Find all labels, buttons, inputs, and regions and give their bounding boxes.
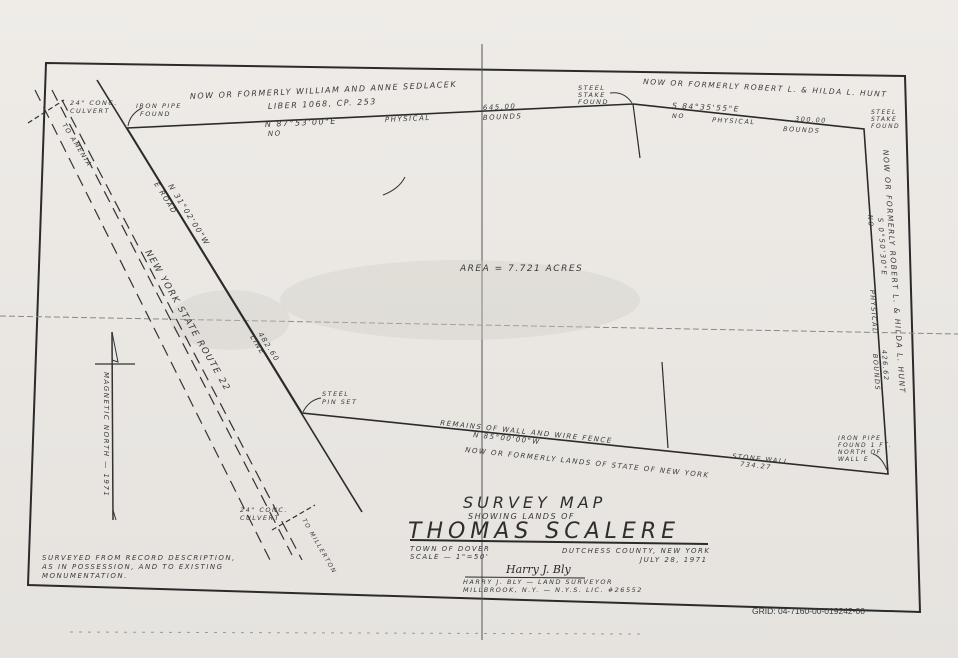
survey-map-drawing: NOW OR FORMERLY WILLIAM AND ANNE SEDLACE… <box>0 0 958 658</box>
county-label: DUTCHESS COUNTY, NEW YORK <box>562 547 711 555</box>
north-physical-label: PHYSICAL <box>385 114 431 124</box>
steel-stake-found-2-label: STEEL STAKE FOUND <box>871 109 901 130</box>
area-label: AREA = 7.721 ACRES <box>459 264 583 274</box>
north-bearing-label: N 87°53'00"E <box>265 117 337 129</box>
culvert-bottom-label: 24" CONC. CULVERT <box>240 506 292 522</box>
iron-pipe-found-label: IRON PIPE FOUND <box>136 102 185 118</box>
survey-map-title: SURVEY MAP <box>463 493 606 512</box>
owner-name: THOMAS SCALERE <box>408 519 680 544</box>
bottom-edge-marks <box>70 632 640 634</box>
surveyor-name: HARRY J. BLY — LAND SURVEYOR <box>463 578 613 586</box>
surveyor-license: MILLBROOK, N.Y. — N.Y.S. LIC. #26552 <box>463 586 643 594</box>
town-label: TOWN OF DOVER <box>410 545 490 553</box>
steel-stake-found-label: STEEL STAKE FOUND <box>578 84 609 106</box>
grid-number: GRID: 04-7160-00-019242-00 <box>752 606 865 616</box>
north-owner-label: NOW OR FORMERLY WILLIAM AND ANNE SEDLACE… <box>190 80 458 101</box>
stray-arc <box>383 177 405 195</box>
ne-bounds-label: BOUNDS <box>783 125 821 135</box>
scale-label: SCALE — 1"=50' <box>410 553 489 561</box>
east-no-label: NO <box>866 215 875 229</box>
magnetic-north-label: MAGNETIC NORTH — 1971 <box>102 372 110 497</box>
ne-divider-line <box>633 104 640 158</box>
ne-owner-label: NOW OR FORMERLY ROBERT L. & HILDA L. HUN… <box>643 77 888 99</box>
south-divider-line <box>662 362 668 448</box>
steel-pin-set-label: STEEL PIN SET <box>322 390 357 406</box>
north-no-label: NO <box>268 129 282 138</box>
to-millerton-label: TO MILLERTON <box>300 518 337 576</box>
north-bounds-label: BOUNDS <box>483 112 523 122</box>
survey-notes: SURVEYED FROM RECORD DESCRIPTION, AS IN … <box>41 554 240 580</box>
ne-distance-label: 300.00 <box>795 115 827 125</box>
magnetic-north-arrow-icon <box>95 332 135 520</box>
to-amenia-label: TO AMENIA <box>60 122 93 169</box>
steel-pin-leader <box>303 398 321 412</box>
steel-stake-leader <box>610 93 632 103</box>
west-bearing-label: N 31°02'00"W <box>166 182 211 247</box>
east-bounds-label: BOUNDS <box>871 354 882 392</box>
north-liber-label: LIBER 1068, CP. 253 <box>268 97 377 111</box>
north-distance-label: 645.00 <box>483 102 517 112</box>
ne-physical-label: PHYSICAL <box>712 116 756 126</box>
date-label: JULY 28, 1971 <box>638 556 708 564</box>
east-physical-label: PHYSICAL <box>868 290 879 334</box>
east-bearing-label: S 0°50'30"E <box>876 218 888 277</box>
ne-no-label: NO <box>672 112 685 120</box>
surveyor-signature: Harry J. Bly <box>505 563 572 576</box>
survey-map-sheet: NOW OR FORMERLY WILLIAM AND ANNE SEDLACE… <box>0 0 958 658</box>
iron-pipe-south-leader <box>873 454 887 470</box>
